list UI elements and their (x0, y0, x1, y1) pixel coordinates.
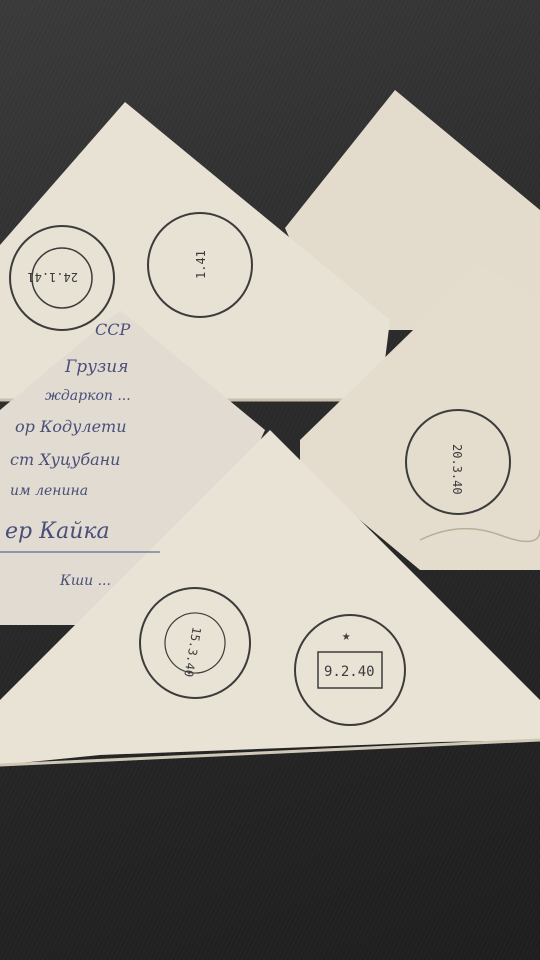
svg-text:24.1.41: 24.1.41 (27, 270, 78, 284)
svg-text:1.41: 1.41 (194, 250, 208, 279)
svg-text:ст Хуцубани: ст Хуцубани (10, 450, 120, 469)
svg-text:20.3.40: 20.3.40 (450, 444, 464, 495)
star-icon: ★ (342, 628, 351, 644)
svg-text:им ленина: им ленина (10, 483, 88, 499)
svg-text:ждаркоп ...: ждаркоп ... (45, 388, 131, 404)
svg-text:Грузия: Грузия (64, 357, 128, 377)
svg-text:9.2.40: 9.2.40 (324, 664, 375, 680)
letters-photo: 24.1.41 1.41 20.3.40 15.3.40 ★ 9.2.40 СС… (0, 0, 540, 960)
svg-text:ер Кайка: ер Кайка (5, 519, 110, 544)
svg-text:ССР: ССР (95, 320, 130, 339)
svg-text:Кши ...: Кши ... (59, 573, 111, 589)
svg-text:ор Кодулети: ор Кодулети (15, 417, 127, 436)
